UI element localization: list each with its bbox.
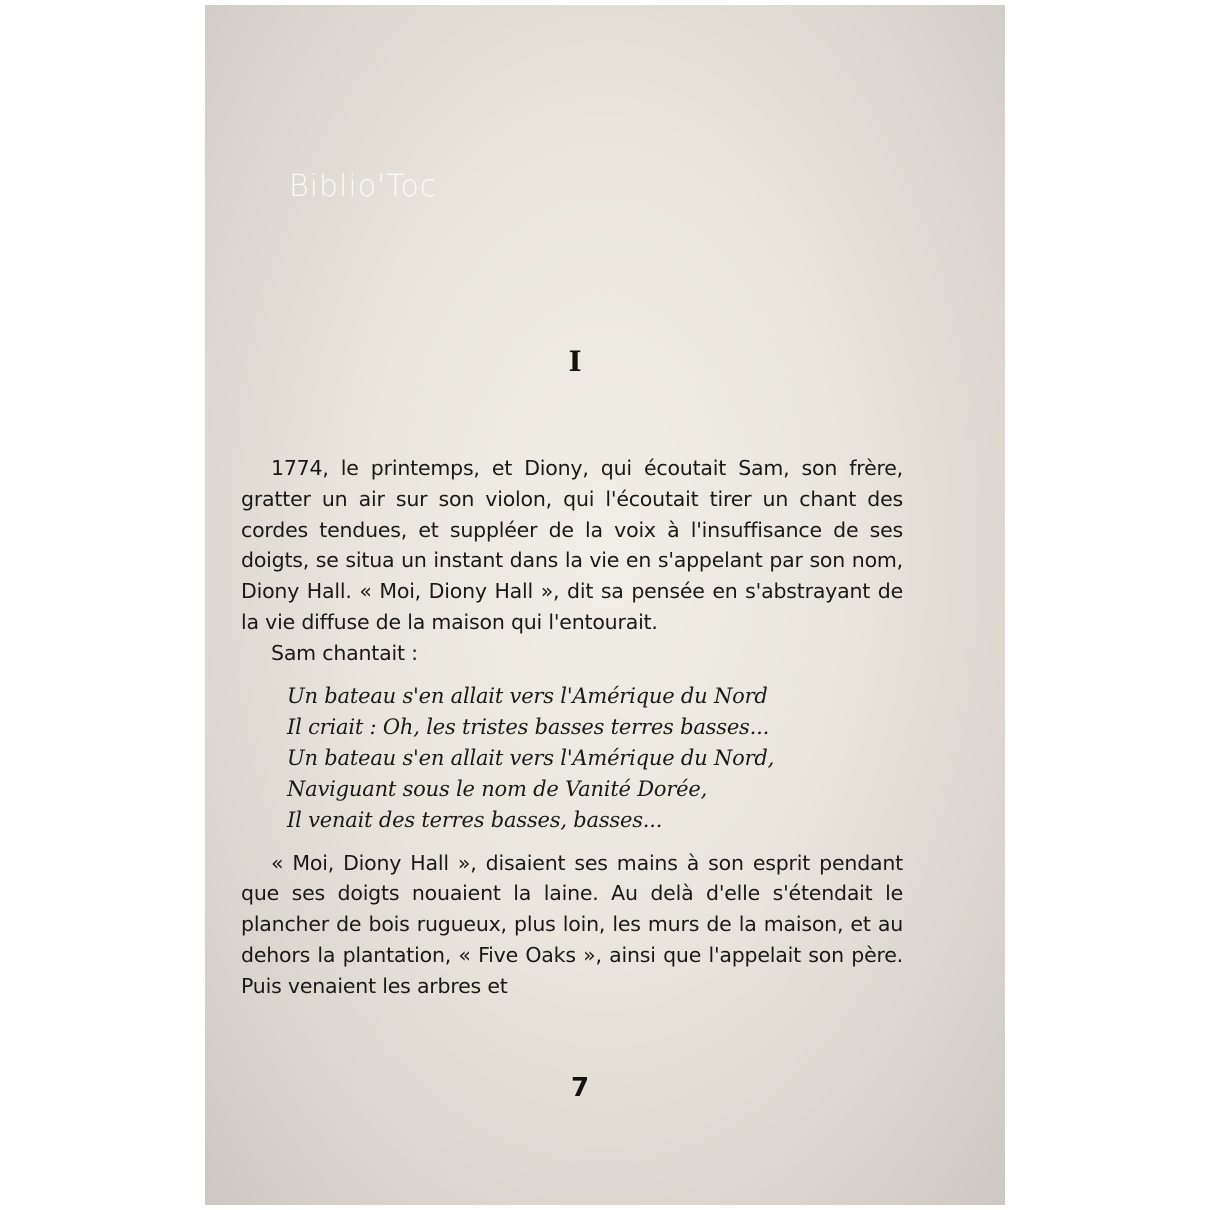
verse-line: Naviguant sous le nom de Vanité Dorée, — [287, 774, 903, 805]
verse-line: Un bateau s'en allait vers l'Amérique du… — [287, 681, 903, 712]
page-number: 7 — [205, 1073, 955, 1103]
body-text: 1774, le printemps, et Diony, qui écouta… — [241, 453, 903, 1002]
paragraph-song-intro: Sam chantait : — [241, 638, 903, 669]
paragraph-closing: « Moi, Diony Hall », disaient ses mains … — [241, 848, 903, 1002]
verse-line: Il criait : Oh, les tristes basses terre… — [287, 712, 903, 743]
watermark-logo: Biblio'Toc — [289, 169, 437, 204]
song-verse: Un bateau s'en allait vers l'Amérique du… — [287, 681, 903, 836]
verse-line: Il venait des terres basses, basses... — [287, 805, 903, 836]
paragraph-opening: 1774, le printemps, et Diony, qui écouta… — [241, 453, 903, 638]
book-page: Biblio'Toc I 1774, le printemps, et Dion… — [205, 5, 1005, 1205]
verse-line: Un bateau s'en allait vers l'Amérique du… — [287, 743, 903, 774]
chapter-number: I — [205, 345, 945, 378]
